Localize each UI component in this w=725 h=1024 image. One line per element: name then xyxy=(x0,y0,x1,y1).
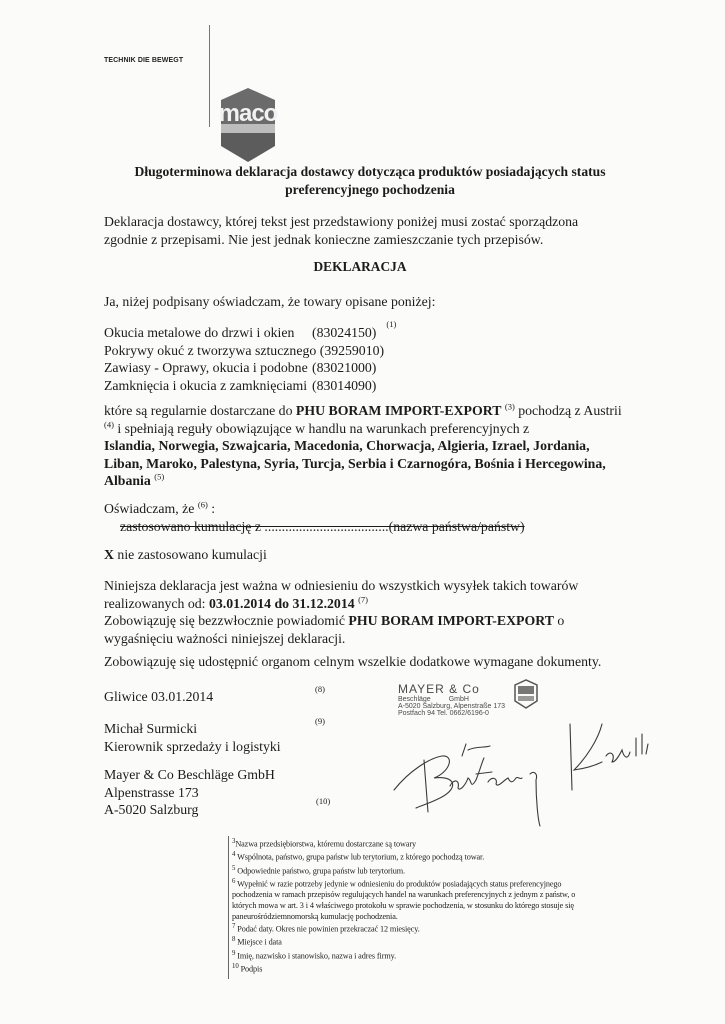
product-name: Zamknięcia i okucia z zamknięciami xyxy=(104,377,312,395)
place-date: Gliwice 03.01.2014 xyxy=(104,688,213,706)
notify-line: wygaśnięciu ważności niniejszej deklarac… xyxy=(104,630,624,648)
footnote-text: Imię, nazwisko i stanowisko, nazwa i adr… xyxy=(237,951,396,960)
recipient-company: PHU BORAM IMPORT-EXPORT xyxy=(296,403,501,418)
footnote: 3Nazwa przedsiębiorstwa, któremu dostarc… xyxy=(232,837,638,850)
supply-text: i spełniają reguły obowiązujące w handlu… xyxy=(114,421,529,436)
footnote-ref: (9) xyxy=(315,716,325,726)
footnote-ref: (7) xyxy=(358,594,368,604)
intro-line-2: zgodnie z przepisami. Nie jest jednak ko… xyxy=(104,231,624,249)
struck-option: zastosowano kumulację z ................… xyxy=(104,518,624,536)
signer: Michał Surmicki Kierownik sprzedaży i lo… xyxy=(104,720,281,755)
product-item: Zawiasy - Oprawy, okucia i podobne (8302… xyxy=(104,359,524,377)
product-item: Okucia metalowe do drzwi i okien (830241… xyxy=(104,324,524,342)
footnote-text: Nazwa przedsiębiorstwa, któremu dostarcz… xyxy=(235,840,416,849)
footnote-ref: (3) xyxy=(505,401,515,411)
footnote-continuation: których mowa w art. 3 i 4 właściwego pro… xyxy=(232,901,638,912)
declaration-heading: DEKLARACJA xyxy=(100,259,620,275)
notify-company: PHU BORAM IMPORT-EXPORT xyxy=(348,613,553,628)
product-list: Okucia metalowe do drzwi i okien (830241… xyxy=(104,324,524,394)
footnote-continuation: pochodzenia w ramach przepisów regulując… xyxy=(232,890,638,901)
footnote-number: 7 xyxy=(232,923,235,930)
footnote: 7 Podać daty. Okres nie powinien przekra… xyxy=(232,922,638,935)
footnote-number: 5 xyxy=(232,865,235,872)
footnote-text: Wspólnota, państwo, grupa państw lub ter… xyxy=(237,853,484,862)
footnote-number: 4 xyxy=(232,851,235,858)
footnote-text: Odpowiednie państwo, grupa państw lub te… xyxy=(237,866,405,875)
footnote: 9 Imię, nazwisko i stanowisko, nazwa i a… xyxy=(232,949,638,962)
validity-line: Niniejsza deklaracja jest ważna w odnies… xyxy=(104,577,624,595)
footnote: 5 Odpowiednie państwo, grupa państw lub … xyxy=(232,864,638,877)
product-name: Pokrywy okuć z tworzywa sztucznego xyxy=(104,342,316,360)
company-address: Mayer & Co Beschläge GmbH Alpenstrasse 1… xyxy=(104,766,275,819)
product-item: Zamknięcia i okucia z zamknięciami (8301… xyxy=(104,377,524,395)
company-name: Mayer & Co Beschläge GmbH xyxy=(104,766,275,784)
check-mark: X xyxy=(104,547,114,562)
countries-line: Islandia, Norwegia, Szwajcaria, Macedoni… xyxy=(104,437,624,455)
intro-line-1: Deklaracja dostawcy, której tekst jest p… xyxy=(104,213,624,231)
footnote-ref: (5) xyxy=(154,471,164,481)
product-item: Pokrywy okuć z tworzywa sztucznego (3925… xyxy=(104,342,524,360)
title-line-2: preferencyjnego pochodzenia xyxy=(110,181,630,199)
footnote-ref: (6) xyxy=(198,499,208,509)
footnote: 10 Podpis xyxy=(232,962,638,975)
product-code: (83024150) xyxy=(312,324,376,342)
countries-line: Albania xyxy=(104,473,151,488)
product-code: (39259010) xyxy=(320,342,384,360)
notify-text: o xyxy=(554,613,564,628)
intro-paragraph: Deklaracja dostawcy, której tekst jest p… xyxy=(104,213,624,248)
document-title: Długoterminowa deklaracja dostawcy dotyc… xyxy=(110,163,630,199)
footnote-ref: (4) xyxy=(104,419,114,429)
footnote-number: 8 xyxy=(232,936,235,943)
validity-period: 03.01.2014 do 31.12.2014 xyxy=(209,596,355,611)
footnotes: 3Nazwa przedsiębiorstwa, któremu dostarc… xyxy=(232,837,638,975)
supply-text: które są regularnie dostarczane do xyxy=(104,403,296,418)
documents-statement: Zobowiązuję się udostępnić organom celny… xyxy=(104,653,644,671)
option-text: nie zastosowano kumulacji xyxy=(114,547,267,562)
cumulation-section: Oświadczam, że (6) : zastosowano kumulac… xyxy=(104,500,624,535)
product-code: (83021000) xyxy=(312,359,376,377)
stamp-logo-icon xyxy=(513,679,539,709)
footnote-number: 10 xyxy=(232,963,239,970)
validity-prefix: realizowanych od: xyxy=(104,596,209,611)
stamp-line: Postfach 94 Tel. 0662/6196-0 xyxy=(398,710,548,717)
stamp-line: GmbH xyxy=(449,696,469,703)
footnotes-divider xyxy=(228,836,229,979)
cumulation-label: Oświadczam, że xyxy=(104,501,194,516)
company-street: Alpenstrasse 173 xyxy=(104,784,275,802)
handwritten-signatures-icon xyxy=(380,720,710,830)
product-name: Okucia metalowe do drzwi i okien xyxy=(104,324,312,342)
footnote-text: Wypełnić w razie potrzeby jedynie w odni… xyxy=(237,880,561,889)
footnote-ref: (8) xyxy=(315,684,325,694)
company-city: A-5020 Salzburg xyxy=(104,801,275,819)
footnote: 8 Miejsce i data xyxy=(232,935,638,948)
signer-name: Michał Surmicki xyxy=(104,720,281,738)
footnote-text: Podpis xyxy=(241,965,263,974)
selected-option: X nie zastosowano kumulacji xyxy=(104,546,267,564)
countries-line: Liban, Maroko, Palestyna, Syria, Turcja,… xyxy=(104,455,624,473)
footnote-ref: (1) xyxy=(386,324,396,342)
origin-text: pochodzą z Austrii xyxy=(515,403,622,418)
footnote-continuation: paneurośródziemnomorską kumulację pochod… xyxy=(232,912,638,923)
validity-paragraph: Niniejsza deklaracja jest ważna w odnies… xyxy=(104,577,624,647)
maco-logo-icon: maco xyxy=(217,86,279,164)
footnote-text: Podać daty. Okres nie powinien przekracz… xyxy=(237,925,419,934)
title-line-1: Długoterminowa deklaracja dostawcy dotyc… xyxy=(110,163,630,181)
footnote: 4 Wspólnota, państwo, grupa państw lub t… xyxy=(232,850,638,863)
supply-paragraph: które są regularnie dostarczane do PHU B… xyxy=(104,402,624,490)
header-divider xyxy=(209,25,210,127)
product-code: (83014090) xyxy=(312,377,376,395)
footnote-number: 9 xyxy=(232,950,235,957)
footnote-ref: (10) xyxy=(316,796,330,806)
svg-text:maco: maco xyxy=(219,100,278,127)
product-name: Zawiasy - Oprawy, okucia i podobne xyxy=(104,359,312,377)
company-tagline: TECHNIK DIE BEWEGT xyxy=(104,57,183,64)
notify-text: Zobowiązuję się bezzwłocznie powiadomić xyxy=(104,613,348,628)
stamp-line: Beschläge xyxy=(398,696,431,703)
footnote-number: 6 xyxy=(232,878,235,885)
statement-text: Ja, niżej podpisany oświadczam, że towar… xyxy=(104,293,624,311)
footnote: 6 Wypełnić w razie potrzeby jedynie w od… xyxy=(232,877,638,890)
colon: : xyxy=(208,501,215,516)
footnote-text: Miejsce i data xyxy=(237,938,282,947)
signer-position: Kierownik sprzedaży i logistyki xyxy=(104,738,281,756)
